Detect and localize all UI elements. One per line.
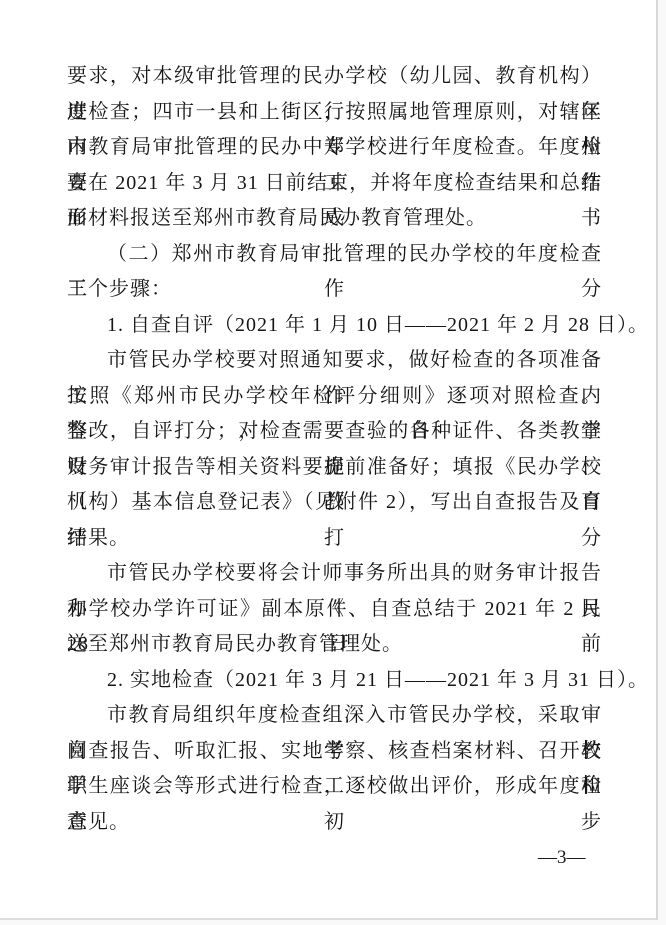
text-line: 1. 自查自评（2021 年 1 月 10 日——2021 年 2 月 28 日… — [67, 308, 602, 344]
text-line: 要求，对本级审批管理的民办学校（幼儿园、教育机构）进行年 — [67, 59, 602, 95]
text-line: 按照《郑州市民办学校年检评分细则》逐项对照检查内容，自查 — [67, 379, 602, 415]
text-line: 要在 2021 年 3 月 31 日前结束，并将年度检查结果和总结形成书 — [67, 166, 602, 202]
text-line: 市教育局组织年度检查组深入市管民办学校，采取审阅学校 — [67, 698, 602, 734]
text-line: 办学校办学许可证》副本原件、自查总结于 2021 年 2 月 28 日前 — [67, 592, 602, 628]
text-line: 市管民办学校要将会计师事务所出具的财务审计报告和《民 — [67, 556, 602, 592]
page-number: —3— — [538, 845, 598, 871]
text-line: 市教育局审批管理的民办中专学校进行年度检查。年度检查工作 — [67, 130, 602, 166]
text-line: 度检查；四市一县和上街区，按照属地管理原则，对辖区内郑州 — [67, 95, 602, 131]
text-line: 2. 实地检查（2021 年 3 月 21 日——2021 年 3 月 31 日… — [67, 663, 602, 699]
document-viewport: { "doc": { "page_number": "—3—", "lines"… — [0, 0, 666, 925]
text-line: 自查报告、听取汇报、实地考察、核查档案材料、召开教职工和 — [67, 734, 602, 770]
document-body: 要求，对本级审批管理的民办学校（幼儿园、教育机构）进行年 度检查；四市一县和上街… — [67, 59, 602, 840]
text-line: 市管民办学校要对照通知要求，做好检查的各项准备工作。 — [67, 343, 602, 379]
text-line: 整改，自评打分；对检查需要查验的各种证件、各类教学设施、 — [67, 414, 602, 450]
text-line: 学生座谈会等形式进行检查，逐校做出评价，形成年度检查初步 — [67, 769, 602, 805]
text-line: 财务审计报告等相关资料要提前准备好；填报《民办学校（教育 — [67, 450, 602, 486]
text-line: 机构）基本信息登记表》（见附件 2），写出自查报告及自评打分 — [67, 485, 602, 521]
text-line: （二）郑州市教育局审批管理的民办学校的年度检查工作分 — [67, 237, 602, 273]
document-page: 要求，对本级审批管理的民办学校（幼儿园、教育机构）进行年 度检查；四市一县和上街… — [0, 0, 658, 920]
